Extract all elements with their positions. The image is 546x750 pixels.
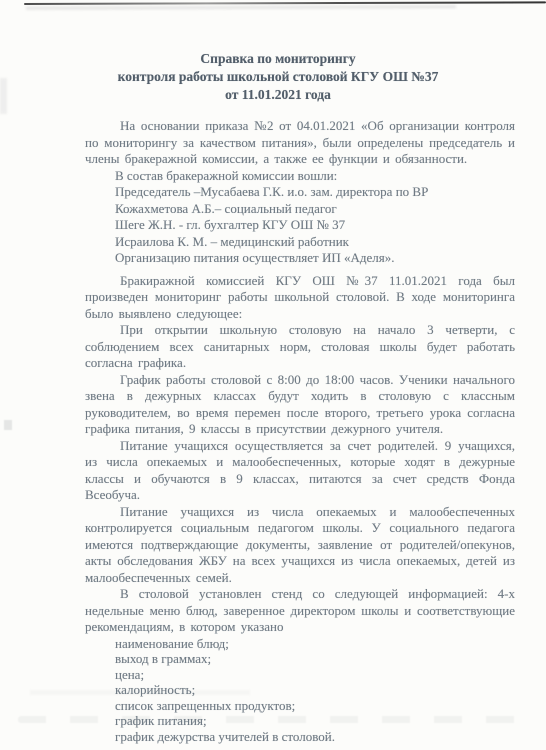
committee-member: Кожахметова А.Б.– социальный педагог	[85, 201, 515, 218]
document-body: Справка по мониторингу контроля работы ш…	[85, 50, 515, 744]
body-paragraph: Питание учащихся осуществляется за счет …	[85, 438, 515, 504]
scan-artifact	[4, 420, 12, 430]
intro-paragraph: На основании приказа №2 от 04.01.2021 «О…	[85, 118, 515, 168]
title-line-2: контроля работы школьной столовой КГУ ОШ…	[63, 68, 493, 86]
body-paragraph: При открытии школьную столовую на начало…	[85, 322, 515, 372]
document-title: Справка по мониторингу контроля работы ш…	[63, 50, 493, 104]
committee-member: Исраилова К. М. – медицинский работник	[85, 234, 515, 251]
title-line-1: Справка по мониторингу	[63, 50, 493, 68]
stand-info-list: наименование блюд; выход в граммах; цена…	[85, 636, 515, 745]
stand-item: список запрещенных продуктов;	[85, 698, 515, 714]
body-paragraph: В столовой установлен стенд со следующей…	[85, 586, 515, 636]
committee-member: Организацию питания осуществляет ИП «Аде…	[85, 250, 515, 267]
stand-item: выход в граммах;	[85, 651, 515, 667]
stand-item: график дежурства учителей в столовой.	[85, 729, 515, 745]
committee-section: В состав бракеражной комиссии вошли: Пре…	[85, 168, 515, 267]
committee-member: Председатель –Мусабаева Г.К. и.о. зам. д…	[85, 184, 515, 201]
stand-item: наименование блюд;	[85, 636, 515, 652]
stand-item: график питания;	[85, 713, 515, 729]
title-line-3: от 11.01.2021 года	[63, 86, 493, 104]
committee-intro: В состав бракеражной комиссии вошли:	[85, 168, 515, 185]
stand-item: калорийность;	[85, 682, 515, 698]
body-paragraph: Питание учащихся из числа опекаемых и ма…	[85, 504, 515, 587]
scanner-edge-smear	[26, 5, 456, 10]
scan-artifact	[0, 78, 7, 114]
committee-member: Шеге Ж.Н. - гл. бухгалтер КГУ ОШ № 37	[85, 217, 515, 234]
scanned-document-page: { "document": { "title": { "line1": "Спр…	[0, 0, 546, 750]
scanner-edge-line	[24, 1, 546, 5]
body-paragraph: Бракиражной комиссией КГУ ОШ №37 11.01.2…	[85, 273, 515, 323]
stand-item: цена;	[85, 667, 515, 683]
body-paragraph: График работы столовой с 8:00 до 18:00 ч…	[85, 372, 515, 438]
